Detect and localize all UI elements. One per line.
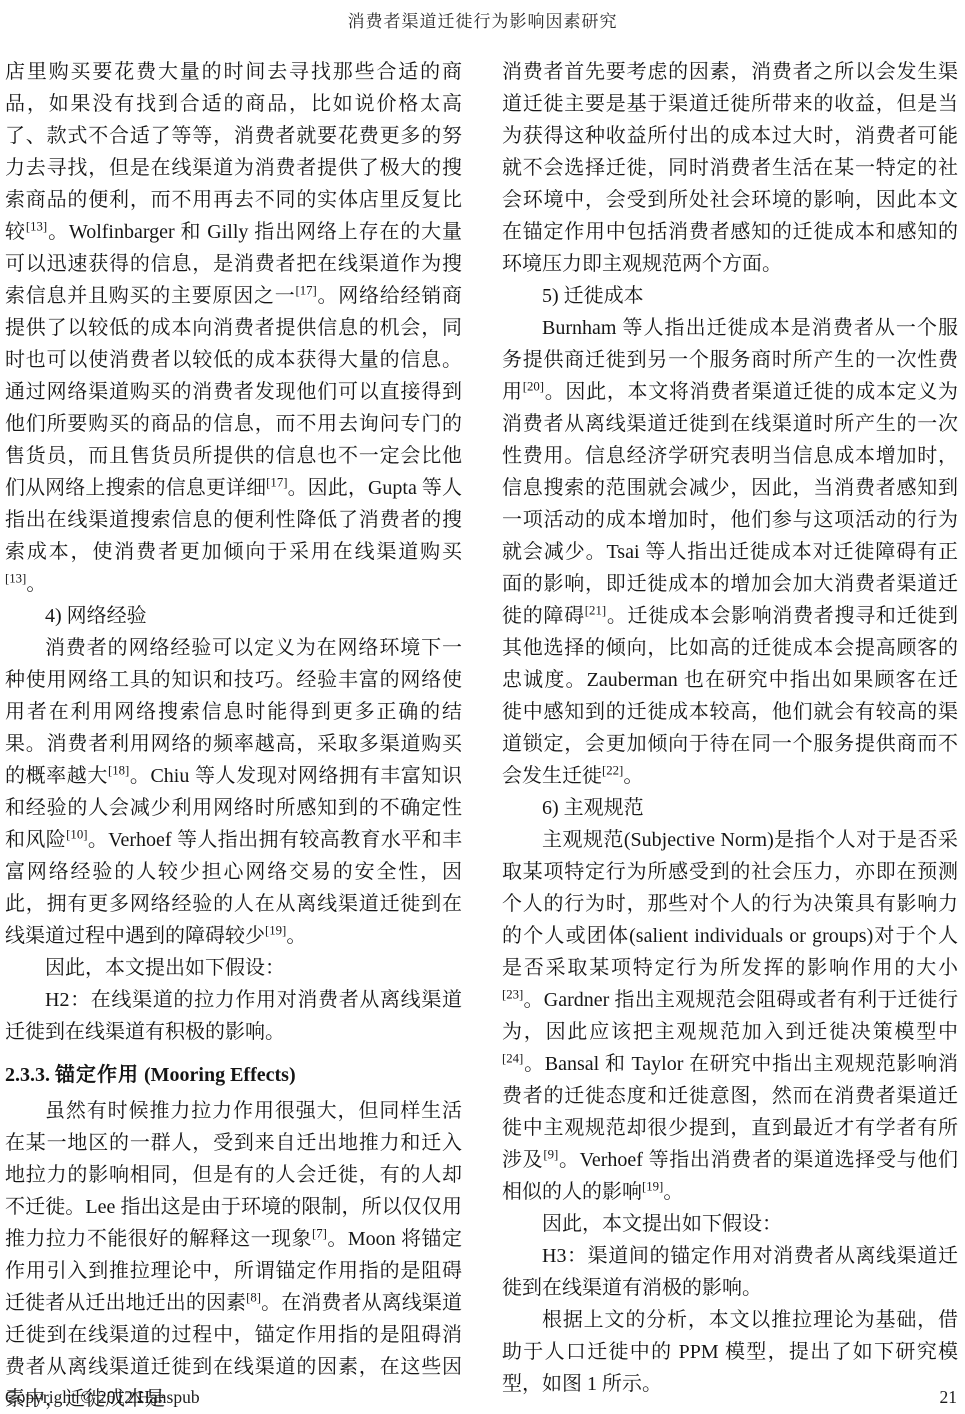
reference-marker: [13] bbox=[5, 571, 26, 585]
heading-cjk-text: 锚定作用 bbox=[55, 1062, 139, 1086]
page-footer: Copyright © 2012 Hanspub 21 bbox=[5, 1387, 957, 1408]
paragraph: 虽然有时候推力拉力作用很强大，但同样生活在某一地区的一群人，受到来自迁出地推力和… bbox=[5, 1095, 462, 1414]
reference-marker: [21] bbox=[585, 603, 606, 617]
reference-marker: [24] bbox=[502, 1051, 523, 1065]
reference-marker: [13] bbox=[26, 219, 47, 233]
paragraph: 因此，本文提出如下假设： bbox=[502, 1208, 958, 1240]
reference-marker: [18] bbox=[108, 763, 129, 777]
paragraph: H2：在线渠道的拉力作用对消费者从离线渠道迁徙到在线渠道有积极的影响。 bbox=[5, 984, 462, 1048]
paper-page: 消费者渠道迁徙行为影响因素研究 店里购买要花费大量的时间去寻找那些合适的商品，如… bbox=[0, 0, 965, 1414]
paragraph: 主观规范(Subjective Norm)是指个人对于是否采取某项特定行为所感受… bbox=[502, 824, 958, 1208]
paragraph: 6) 主观规范 bbox=[502, 792, 958, 824]
paragraph: 店里购买要花费大量的时间去寻找那些合适的商品，如果没有找到合适的商品，比如说价格… bbox=[5, 56, 462, 600]
paragraph: 消费者的网络经验可以定义为在网络环境下一种使用网络工具的知识和技巧。经验丰富的网… bbox=[5, 632, 462, 952]
paragraph: 4) 网络经验 bbox=[5, 600, 462, 632]
reference-marker: [19] bbox=[265, 923, 286, 937]
copyright-text: Copyright © 2012 Hanspub bbox=[5, 1387, 200, 1408]
right-column: 消费者首先要考虑的因素，消费者之所以会发生渠道迁徙主要是基于渠道迁徙所带来的收益… bbox=[502, 56, 958, 1400]
reference-marker: [20] bbox=[523, 379, 544, 393]
reference-marker: [9] bbox=[543, 1147, 558, 1161]
section-heading: 2.3.3. 锚定作用 (Mooring Effects) bbox=[5, 1059, 462, 1090]
reference-marker: [19] bbox=[642, 1179, 663, 1193]
reference-marker: [23] bbox=[502, 987, 523, 1001]
paragraph: 根据上文的分析，本文以推拉理论为基础，借助于人口迁徙中的 PPM 模型，提出了如… bbox=[502, 1304, 958, 1400]
running-head-title: 消费者渠道迁徙行为影响因素研究 bbox=[348, 12, 618, 31]
left-column: 店里购买要花费大量的时间去寻找那些合适的商品，如果没有找到合适的商品，比如说价格… bbox=[5, 56, 462, 1414]
reference-marker: [22] bbox=[602, 763, 623, 777]
reference-marker: [8] bbox=[246, 1290, 261, 1304]
page-header: 消费者渠道迁徙行为影响因素研究 bbox=[0, 7, 965, 32]
paragraph: 因此，本文提出如下假设： bbox=[5, 952, 462, 984]
reference-marker: [17] bbox=[266, 475, 287, 489]
reference-marker: [17] bbox=[295, 283, 316, 297]
paragraph: 5) 迁徙成本 bbox=[502, 280, 958, 312]
page-number: 21 bbox=[940, 1387, 958, 1408]
paragraph: 消费者首先要考虑的因素，消费者之所以会发生渠道迁徙主要是基于渠道迁徙所带来的收益… bbox=[502, 56, 958, 280]
reference-marker: [10] bbox=[66, 827, 87, 841]
reference-marker: [7] bbox=[312, 1226, 327, 1240]
paragraph: H3：渠道间的锚定作用对消费者从离线渠道迁徙到在线渠道有消极的影响。 bbox=[502, 1240, 958, 1304]
paragraph: Burnham 等人指出迁徙成本是消费者从一个服务提供商迁徙到另一个服务商时所产… bbox=[502, 312, 958, 792]
